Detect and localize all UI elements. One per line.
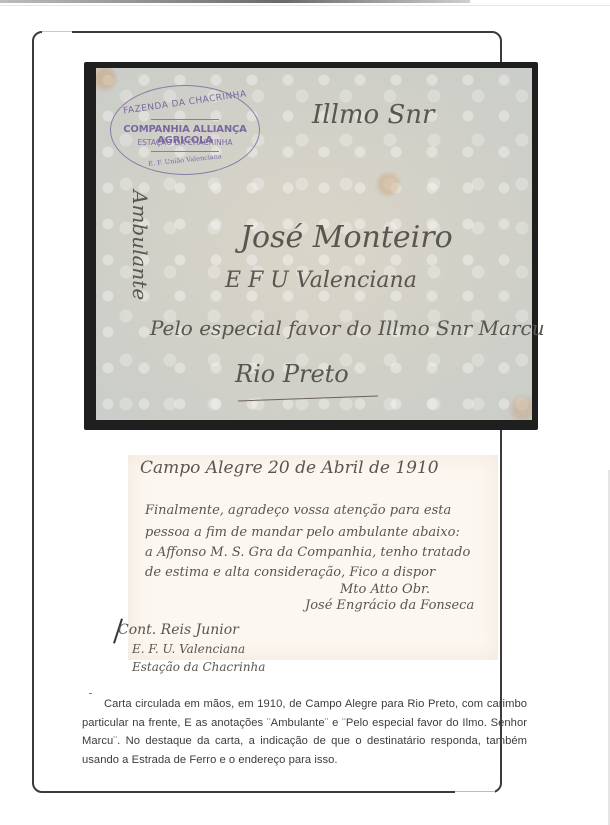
- cachet-rule: [151, 151, 219, 152]
- caption-mark: [89, 693, 92, 694]
- envelope-favor-line: Pelo especial favor do Illmo Snr Marcu: [150, 316, 545, 340]
- scan-edge-line-thin: [0, 5, 610, 6]
- company-oval-cachet: FAZENDA DA CHACRINHA COMPANHIA ALLIANÇA …: [110, 85, 260, 175]
- cachet-rule: [151, 119, 219, 120]
- envelope-railway-line: E F U Valenciana: [225, 268, 417, 293]
- letter-signature: José Engrácio da Fonseca: [305, 598, 474, 613]
- frame-gap-bottom: [455, 790, 495, 794]
- letter-closing: Mto Atto Obr.: [340, 582, 430, 597]
- envelope-salutation: Illmo Snr: [312, 100, 434, 130]
- letter-body-line: Finalmente, agradeço vossa atenção para …: [145, 503, 451, 518]
- cachet-station-text: ESTAÇÃO DA CHACRINHA: [111, 138, 259, 147]
- letter-return-address-line: E. F. U. Valenciana: [132, 642, 245, 656]
- letter-body-line: pessoa a fim de mandar pelo ambulante ab…: [145, 525, 460, 540]
- letter-return-address-line: Estação da Chacrinha: [132, 660, 265, 674]
- scan-edge-line: [0, 0, 470, 3]
- letter-return-address-line: Cont. Reis Junior: [118, 622, 239, 638]
- frame-gap-top: [42, 30, 72, 34]
- envelope-city: Rio Preto: [235, 360, 349, 388]
- envelope-ambulante-annotation: Ambulante: [128, 190, 152, 300]
- letter-date: Campo Alegre 20 de Abril de 1910: [140, 458, 439, 478]
- description-caption: Carta circulada em mãos, em 1910, de Cam…: [82, 695, 527, 769]
- envelope-addressee: José Monteiro: [240, 220, 453, 255]
- letter-body-line: a Affonso M. S. Gra da Companhia, tenho …: [145, 545, 470, 560]
- letter-body-line: de estima e alta consideração, Fico a di…: [145, 565, 435, 580]
